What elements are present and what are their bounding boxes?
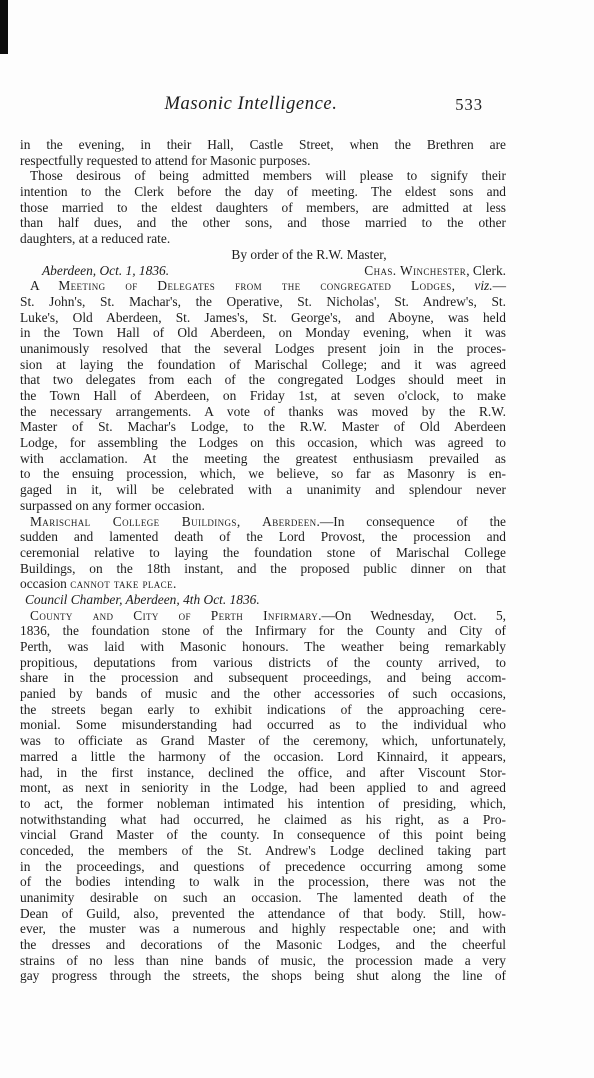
text-segment: vincial Grand Master of the county. In c…	[20, 827, 506, 842]
text-segment: that two delegates from each of the cong…	[20, 372, 506, 387]
text-line: 1836, the foundation stone of the Infirm…	[20, 623, 506, 639]
text-segment: Dean of Guild, also, prevented the atten…	[20, 906, 506, 921]
text-line: Marischal College Buildings, Aberdeen.—I…	[20, 514, 506, 530]
text-segment: to the ensuing procession, which, we bel…	[20, 466, 506, 481]
text-segment: marred a little the harmony of the occas…	[20, 749, 506, 764]
text-line: the necessary arrangements. A vote of th…	[20, 404, 506, 420]
text-segment: Council Chamber, Aberdeen, 4th Oct. 1836…	[25, 592, 260, 607]
text-line: unanimity desirable on such an occasion.…	[20, 890, 506, 906]
paragraph: County and City of Perth Infirmary.—On W…	[20, 608, 506, 985]
text-segment: Luke's, Old Aberdeen, St. James's, St. G…	[20, 310, 506, 325]
text-line: those married to the eldest daughters of…	[20, 200, 506, 216]
text-segment: ever, the muster was a numerous and high…	[20, 921, 506, 936]
text-line: sion at laying the foundation of Marisch…	[20, 357, 506, 373]
scanned-page: 533 Masonic Intelligence. in the evening…	[0, 0, 594, 1078]
text-segment: gaged in it, will be celebrated with a u…	[20, 482, 506, 497]
text-segment: Aberdeen, Oct. 1, 1836.	[42, 263, 169, 278]
text-line: monial. Some misunderstanding had occurr…	[20, 717, 506, 733]
text-segment: ceremonial relative to laying the founda…	[20, 545, 506, 560]
text-line: than half dues, and the other sons, and …	[20, 215, 506, 231]
text-segment: .—On Wednesday, Oct. 5,	[318, 608, 506, 623]
text-segment: surpassed on any former occasion.	[20, 498, 205, 513]
paragraph: in the evening, in their Hall, Castle St…	[20, 137, 506, 168]
text-line: ceremonial relative to laying the founda…	[20, 545, 506, 561]
text-segment: in the evening, in their Hall, Castle St…	[20, 137, 506, 152]
text-line: had, in the first instance, declined the…	[20, 765, 506, 781]
text-line: to act, the former nobleman intimated hi…	[20, 796, 506, 812]
text-segment: .—In consequence of the	[317, 514, 506, 529]
text-segment: daughters, at a reduced rate.	[20, 231, 170, 246]
text-segment: , Clerk.	[466, 263, 506, 278]
text-line: daughters, at a reduced rate.	[20, 231, 506, 247]
left-line: Council Chamber, Aberdeen, 4th Oct. 1836…	[20, 592, 506, 608]
running-head: 533 Masonic Intelligence.	[20, 94, 506, 120]
text-segment: had, in the first instance, declined the…	[20, 765, 506, 780]
text-line: notwithstanding what had occurred, he cl…	[20, 812, 506, 828]
text-segment: cannot take place.	[70, 576, 177, 591]
text-segment: gay progress through the streets, the sh…	[20, 968, 506, 983]
text-segment: those married to the eldest daughters of…	[20, 200, 506, 215]
signature-place-date: Aberdeen, Oct. 1, 1836.	[20, 263, 169, 279]
text-line: propitious, deputations from various dis…	[20, 655, 506, 671]
text-segment: Master of St. Machar's Lodge, to the R.W…	[20, 419, 506, 434]
text-line: of the bodies intending to walk in the p…	[20, 874, 506, 890]
text-segment: A	[30, 278, 58, 293]
text-segment: unanimity desirable on such an occasion.…	[20, 890, 506, 905]
text-segment: Chas. Winchester	[364, 263, 466, 278]
text-line: conceded, the members of the St. Andrew'…	[20, 843, 506, 859]
text-segment: unanimously resolved that the several Lo…	[20, 341, 506, 356]
text-segment: the streets began early to exhibit indic…	[20, 702, 506, 717]
paragraph: A Meeting of Delegates from the congrega…	[20, 278, 506, 513]
signature-name: Chas. Winchester, Clerk.	[364, 263, 506, 279]
text-segment: strains of no less than nine bands of mu…	[20, 953, 506, 968]
text-line: gay progress through the streets, the sh…	[20, 968, 506, 984]
text-line: the Town Hall of Aberdeen, on Friday 1st…	[20, 388, 506, 404]
text-line: Master of St. Machar's Lodge, to the R.W…	[20, 419, 506, 435]
text-line: intention to the Clerk before the day of…	[20, 184, 506, 200]
text-line: share in the procession and subsequent p…	[20, 670, 506, 686]
paragraph: Those desirous of being admitted members…	[20, 168, 506, 246]
text-line: strains of no less than nine bands of mu…	[20, 953, 506, 969]
text-segment: ,	[452, 278, 475, 293]
text-segment: Meeting of Delegates from the congregate…	[58, 278, 451, 293]
text-line: Dean of Guild, also, prevented the atten…	[20, 906, 506, 922]
text-line: By order of the R.W. Master,	[20, 247, 506, 263]
text-segment: St. John's, St. Machar's, the Operative,…	[20, 294, 506, 309]
text-line: that two delegates from each of the cong…	[20, 372, 506, 388]
text-segment: notwithstanding what had occurred, he cl…	[20, 812, 506, 827]
text-segment: —	[493, 278, 506, 293]
text-segment: Lodge, for assembling the Lodges on this…	[20, 435, 506, 450]
text-line: Those desirous of being admitted members…	[20, 168, 506, 184]
text-line: was to officiate as Grand Master of the …	[20, 733, 506, 749]
text-segment: conceded, the members of the St. Andrew'…	[20, 843, 506, 858]
text-line: in the Town Hall of Old Aberdeen, on Mon…	[20, 325, 506, 341]
text-line: ever, the muster was a numerous and high…	[20, 921, 506, 937]
text-segment: of the bodies intending to walk in the p…	[20, 874, 506, 889]
text-line: the dresses and decorations of the Mason…	[20, 937, 506, 953]
text-line: marred a little the harmony of the occas…	[20, 749, 506, 765]
text-segment: in the proceedings, and questions of pre…	[20, 859, 506, 874]
text-line: Buildings, on the 18th instant, and the …	[20, 561, 506, 577]
text-line: in the evening, in their Hall, Castle St…	[20, 137, 506, 153]
text-line: Lodge, for assembling the Lodges on this…	[20, 435, 506, 451]
text-segment: in the Town Hall of Old Aberdeen, on Mon…	[20, 325, 506, 340]
text-line: the streets began early to exhibit indic…	[20, 702, 506, 718]
page-number: 533	[455, 95, 483, 115]
paragraph: Marischal College Buildings, Aberdeen.—I…	[20, 514, 506, 592]
text-line: County and City of Perth Infirmary.—On W…	[20, 608, 506, 624]
text-line: unanimously resolved that the several Lo…	[20, 341, 506, 357]
text-segment: than half dues, and the other sons, and …	[20, 215, 506, 230]
text-segment: viz.	[474, 278, 492, 293]
text-segment: share in the procession and subsequent p…	[20, 670, 506, 685]
text-line: surpassed on any former occasion.	[20, 498, 506, 514]
text-line: A Meeting of Delegates from the congrega…	[20, 278, 506, 294]
text-line: respectfully requested to attend for Mas…	[20, 153, 506, 169]
text-line: vincial Grand Master of the county. In c…	[20, 827, 506, 843]
text-segment: respectfully requested to attend for Mas…	[20, 153, 310, 168]
text-segment: 1836, the foundation stone of the Infirm…	[20, 623, 506, 638]
text-line: sudden and lamented death of the Lord Pr…	[20, 529, 506, 545]
text-line: to the ensuing procession, which, we bel…	[20, 466, 506, 482]
text-segment: Marischal College Buildings, Aberdeen	[30, 514, 317, 529]
text-segment: the dresses and decorations of the Mason…	[20, 937, 506, 952]
signature-row: Aberdeen, Oct. 1, 1836.Chas. Winchester,…	[20, 263, 506, 279]
text-segment: mont, as next in seniority in the Lodge,…	[20, 780, 506, 795]
text-segment: propitious, deputations from various dis…	[20, 655, 506, 670]
text-line: in the proceedings, and questions of pre…	[20, 859, 506, 875]
text-segment: intention to the Clerk before the day of…	[20, 184, 506, 199]
text-line: with acclamation. At the meeting the gre…	[20, 451, 506, 467]
text-segment: sion at laying the foundation of Marisch…	[20, 357, 506, 372]
text-line: St. John's, St. Machar's, the Operative,…	[20, 294, 506, 310]
text-segment: panied by bands of music and the other a…	[20, 686, 506, 701]
text-segment: to act, the former nobleman intimated hi…	[20, 796, 506, 811]
centered-line: By order of the R.W. Master,	[20, 247, 506, 263]
text-line: Perth, was laid with Masonic honours. Th…	[20, 639, 506, 655]
text-segment: County and City of Perth Infirmary	[30, 608, 318, 623]
signature-line: Aberdeen, Oct. 1, 1836.Chas. Winchester,…	[20, 263, 506, 279]
text-line: Council Chamber, Aberdeen, 4th Oct. 1836…	[20, 592, 506, 608]
text-segment: occasion	[20, 576, 70, 591]
running-head-title: Masonic Intelligence.	[20, 94, 506, 115]
text-segment: sudden and lamented death of the Lord Pr…	[20, 529, 506, 544]
text-segment: Buildings, on the 18th instant, and the …	[20, 561, 506, 576]
scan-artifact-mark	[0, 0, 8, 54]
text-line: gaged in it, will be celebrated with a u…	[20, 482, 506, 498]
text-segment: Those desirous of being admitted members…	[30, 168, 506, 183]
text-segment: monial. Some misunderstanding had occurr…	[20, 717, 506, 732]
text-line: mont, as next in seniority in the Lodge,…	[20, 780, 506, 796]
text-segment: was to officiate as Grand Master of the …	[20, 733, 506, 748]
text-segment: By order of the R.W. Master,	[231, 247, 386, 262]
text-line: panied by bands of music and the other a…	[20, 686, 506, 702]
text-segment: the Town Hall of Aberdeen, on Friday 1st…	[20, 388, 506, 403]
body-text: in the evening, in their Hall, Castle St…	[20, 137, 506, 984]
text-segment: Perth, was laid with Masonic honours. Th…	[20, 639, 506, 654]
text-line: Luke's, Old Aberdeen, St. James's, St. G…	[20, 310, 506, 326]
text-segment: the necessary arrangements. A vote of th…	[20, 404, 506, 419]
text-segment: with acclamation. At the meeting the gre…	[20, 451, 506, 466]
text-line: occasion cannot take place.	[20, 576, 506, 592]
